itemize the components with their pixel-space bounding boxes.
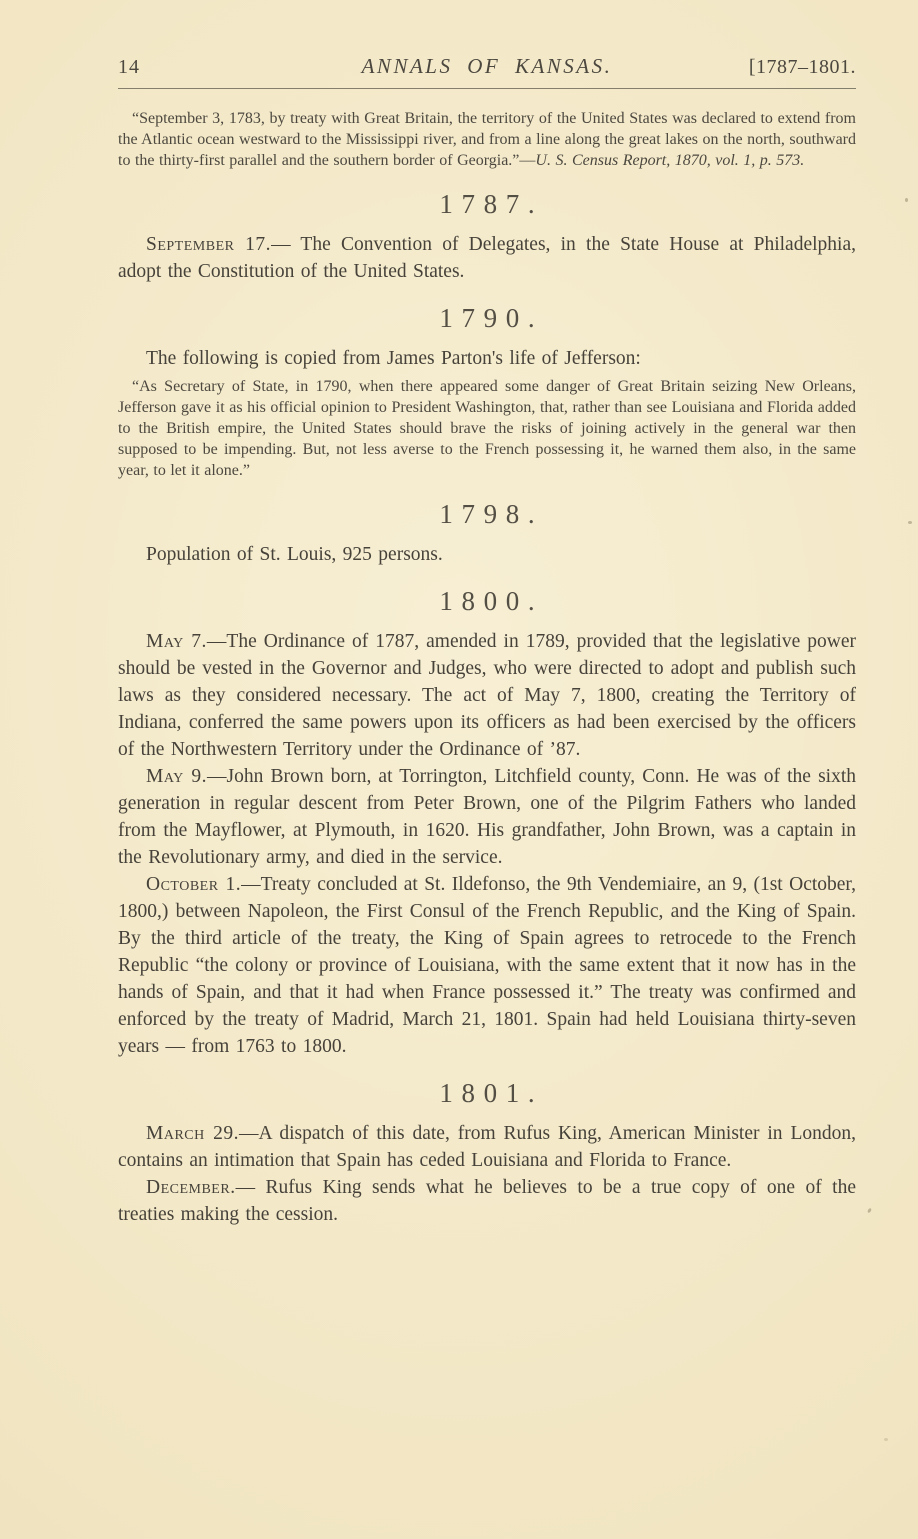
entry-october-1-1800: October 1.—Treaty concluded at St. Ildef…: [118, 871, 856, 1060]
intro-quote-paragraph: “September 3, 1783, by treaty with Great…: [118, 108, 856, 171]
year-heading-1801: 1801.: [118, 1078, 856, 1108]
running-title: ANNALS OF KANSAS.: [238, 54, 736, 79]
entry-text: “As Secretary of State, in 1790, when th…: [118, 378, 856, 479]
entry-date: October 1.: [146, 874, 241, 895]
entry-parton-quote-1790: “As Secretary of State, in 1790, when th…: [118, 376, 856, 481]
entry-population-1798: Population of St. Louis, 925 persons.: [118, 541, 856, 568]
scan-speck: [905, 198, 908, 202]
header-year-range: [1787–1801.: [736, 56, 856, 79]
scanned-book-page: { "page": { "header": { "page_number": "…: [0, 0, 918, 1539]
year-heading-1790: 1790.: [118, 303, 856, 333]
year-heading-1787: 1787.: [118, 189, 856, 219]
entry-text: The following is copied from James Parto…: [146, 348, 641, 369]
page-sheet: 14 ANNALS OF KANSAS. [1787–1801. “Septem…: [0, 0, 918, 1539]
entry-parton-intro-1790: The following is copied from James Parto…: [118, 345, 856, 372]
running-header: 14 ANNALS OF KANSAS. [1787–1801.: [118, 54, 856, 79]
entry-march-29-1801: March 29.—A dispatch of this date, from …: [118, 1120, 856, 1174]
entry-date: May 7.: [146, 631, 207, 652]
entry-date: March 29.: [146, 1123, 239, 1144]
entry-december-1801: December.— Rufus King sends what he beli…: [118, 1174, 856, 1228]
entry-text: Population of St. Louis, 925 persons.: [146, 544, 443, 565]
entry-date: May 9.: [146, 766, 207, 787]
entry-date: September 17.: [146, 234, 271, 255]
year-heading-1800: 1800.: [118, 586, 856, 616]
entry-may-7-1800: May 7.—The Ordinance of 1787, amended in…: [118, 628, 856, 763]
intro-citation: U. S. Census Report, 1870, vol. 1, p. 57…: [535, 152, 804, 169]
scan-speck: [908, 521, 912, 524]
scan-speck: [884, 1438, 888, 1441]
header-rule: [118, 88, 856, 89]
entry-text: —John Brown born, at Torrington, Litchfi…: [118, 766, 856, 868]
entry-text: —The Ordinance of 1787, amended in 1789,…: [118, 631, 856, 760]
year-heading-1798: 1798.: [118, 499, 856, 529]
entry-text: —Treaty concluded at St. Ildefonso, the …: [118, 874, 856, 1057]
page-number: 14: [118, 56, 238, 79]
entry-september-17-1787: September 17.— The Convention of Delegat…: [118, 231, 856, 285]
entry-date: December.: [146, 1177, 236, 1198]
entry-may-9-1800: May 9.—John Brown born, at Torrington, L…: [118, 763, 856, 871]
